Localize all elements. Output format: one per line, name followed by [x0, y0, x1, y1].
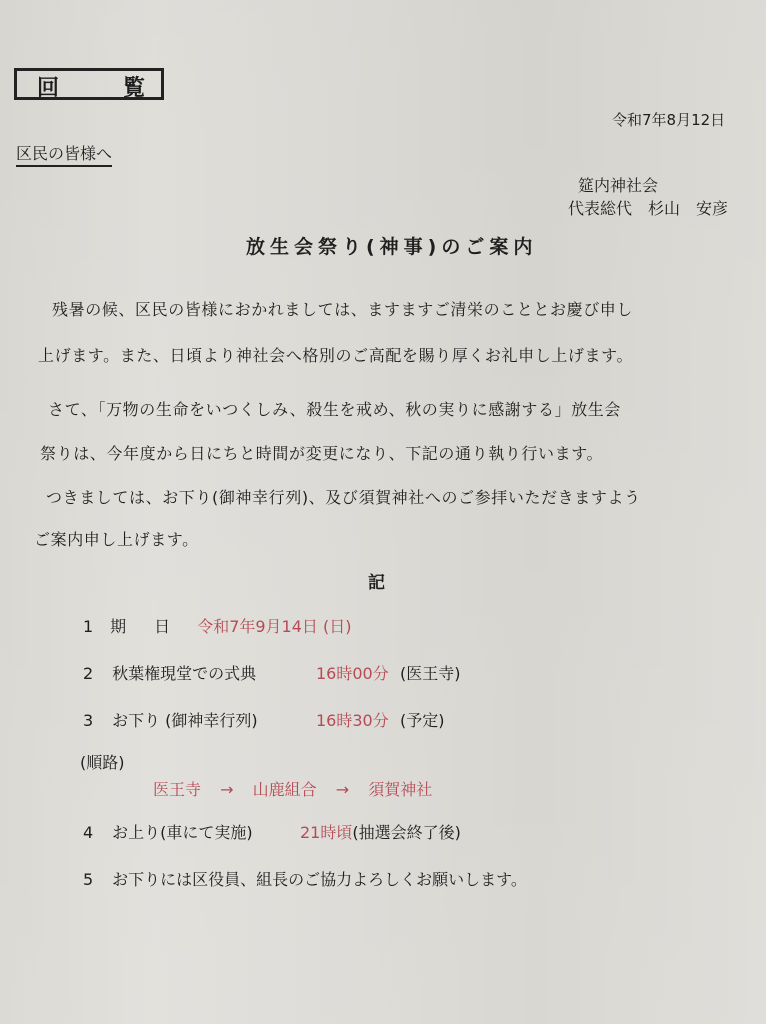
body-line-1: 残暑の候、区民の皆様におかれましては、ますますご清栄のこととお慶び申し: [52, 297, 633, 320]
body-line-3: さて、「万物の生命をいつくしみ、殺生を戒め、秋の実りに感謝する」放生会: [48, 397, 621, 420]
body-line-2: 上げます。また、日頃より神社会へ格別のご高配を賜り厚くお礼申し上げます。: [38, 343, 633, 366]
route-path: 医王寺 → 山鹿組合 → 須賀神社: [153, 777, 432, 800]
ki-heading: 記: [368, 568, 385, 593]
item-label: お下りには区役員、組長のご協力よろしくお願いします。: [112, 870, 527, 889]
body-line-5: つきましては、お下り(御神幸行列)、及び須賀神社へのご参拝いただきますよう: [46, 485, 641, 508]
item-label: お下り (御神幸行列): [112, 711, 258, 730]
item-request: 5 お下りには区役員、組長のご協力よろしくお願いします。: [83, 867, 527, 890]
addressee: 区民の皆様へ: [16, 141, 112, 167]
issue-date: 令和7年8月12日: [612, 109, 725, 130]
item-label: 期日: [110, 614, 192, 637]
item-number: 4: [83, 823, 107, 842]
item-note: (医王寺): [400, 661, 461, 684]
body-line-6: ご案内申し上げます。: [34, 527, 199, 550]
body-line-4: 祭りは、今年度から日にちと時間が変更になり、下記の通り執り行います。: [40, 441, 603, 464]
circulation-char-1: 回: [37, 71, 59, 102]
item-number: 3: [83, 711, 107, 730]
item-number: 1: [83, 617, 105, 636]
route-stop-2: 山鹿組合: [253, 780, 317, 799]
route-stop-1: 医王寺: [153, 780, 201, 799]
circulation-char-2: 覧: [123, 71, 145, 102]
item-note: (予定): [400, 708, 445, 731]
item-label: 秋葉権現堂での式典: [112, 664, 256, 683]
route-label: (順路): [80, 750, 125, 773]
item-number: 5: [83, 870, 107, 889]
item-value: 16時00分: [316, 661, 389, 684]
item-return: 4 お上り(車にて実施) 21時頃(抽選会終了後): [83, 820, 253, 843]
item-value: 16時30分: [316, 708, 389, 731]
item-procession: 3 お下り (御神幸行列) 16時30分 (予定): [83, 708, 258, 731]
item-number: 2: [83, 664, 107, 683]
document-title: 放生会祭り(神事)のご案内: [246, 232, 537, 259]
sender-representative: 代表総代 杉山 安彦: [568, 196, 728, 219]
circulation-stamp-box: 回 覧: [14, 68, 164, 100]
item-note: (抽選会終了後): [352, 823, 461, 842]
item-label: お上り(車にて実施): [112, 823, 253, 842]
sender-organization: 筵内神社会: [578, 173, 658, 196]
item-value: 令和7年9月14日 (日): [197, 617, 351, 636]
item-ceremony: 2 秋葉権現堂での式典 16時00分 (医王寺): [83, 661, 256, 684]
item-date: 1 期日 令和7年9月14日 (日): [83, 614, 351, 637]
arrow-right-icon: →: [220, 780, 233, 799]
item-value: 21時頃: [300, 823, 352, 842]
arrow-right-icon: →: [336, 780, 349, 799]
route-stop-3: 須賀神社: [368, 780, 432, 799]
